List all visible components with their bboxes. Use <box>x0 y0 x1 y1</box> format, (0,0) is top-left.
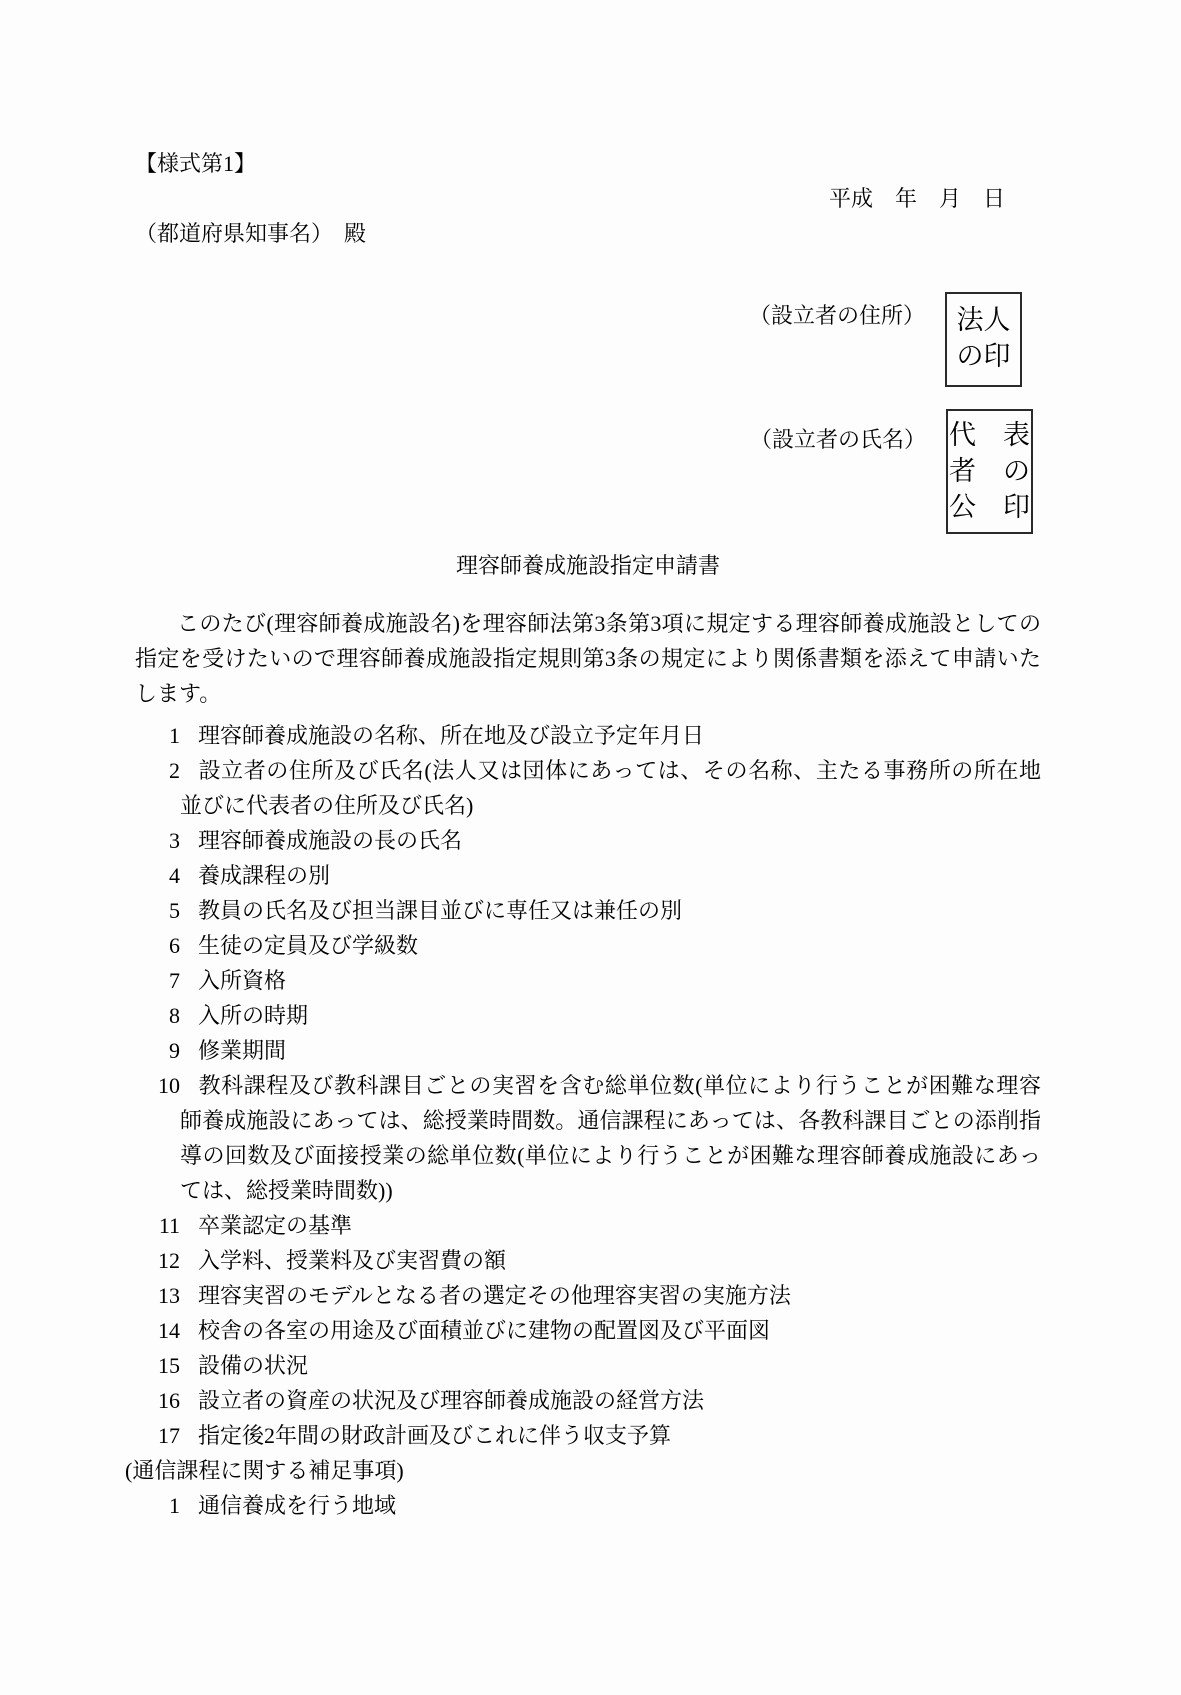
item-text: 入所資格 <box>198 968 286 993</box>
list-item-10: 10教科課程及び教科課目ごとの実習を含む総単位数(単位により行うことが困難な理容… <box>135 1068 1041 1208</box>
list-item-7: 7入所資格 <box>135 963 1041 998</box>
list-item-11: 11卒業認定の基準 <box>135 1208 1041 1243</box>
item-text: 入所の時期 <box>198 1003 308 1028</box>
representative-seal-text: 者 の <box>948 453 1031 489</box>
item-text: 校舎の各室の用途及び面積並びに建物の配置図及び平面図 <box>198 1318 770 1343</box>
addressee-line: （都道府県知事名） 殿 <box>135 216 1041 251</box>
item-number: 7 <box>135 963 180 998</box>
item-text: 卒業認定の基準 <box>198 1213 352 1238</box>
item-text: 理容師養成施設の名称、所在地及び設立予定年月日 <box>198 723 704 748</box>
item-number: 14 <box>135 1313 180 1348</box>
item-text: 入学料、授業料及び実習費の額 <box>198 1248 506 1273</box>
representative-seal-text: 公 印 <box>948 489 1031 525</box>
item-text: 設立者の資産の状況及び理容師養成施設の経営方法 <box>198 1388 704 1413</box>
item-text: 教員の氏名及び担当課目並びに専任又は兼任の別 <box>198 898 682 923</box>
required-items-list: 1理容師養成施設の名称、所在地及び設立予定年月日 2設立者の住所及び氏名(法人又… <box>135 718 1041 1453</box>
corporate-seal-text: 法人 <box>947 302 1020 338</box>
item-text: 設立者の住所及び氏名(法人又は団体にあっては、その名称、主たる事務所の所在地並び… <box>180 758 1041 818</box>
document-content: 【様式第1】 平成 年 月 日 （都道府県知事名） 殿 （設立者の住所） 法人 … <box>0 0 1181 1523</box>
item-number: 8 <box>135 998 180 1033</box>
item-number: 5 <box>135 893 180 928</box>
date-line: 平成 年 月 日 <box>135 181 1041 216</box>
item-number: 1 <box>135 718 180 753</box>
founder-name-label: （設立者の氏名） <box>750 429 926 451</box>
item-number: 15 <box>135 1348 180 1383</box>
list-item-4: 4養成課程の別 <box>135 858 1041 893</box>
founder-address-label: （設立者の住所） <box>749 305 925 327</box>
founder-name-row: （設立者の氏名） 代 表 者 の 公 印 <box>135 409 1033 534</box>
corporate-seal-box: 法人 の印 <box>945 292 1022 387</box>
list-item-12: 12入学料、授業料及び実習費の額 <box>135 1243 1041 1278</box>
item-number: 9 <box>135 1033 180 1068</box>
list-item-17: 17指定後2年間の財政計画及びこれに伴う収支予算 <box>135 1418 1041 1453</box>
item-text: 指定後2年間の財政計画及びこれに伴う収支予算 <box>198 1423 671 1448</box>
representative-seal-text: 代 表 <box>948 417 1031 453</box>
list-item-13: 13理容実習のモデルとなる者の選定その他理容実習の実施方法 <box>135 1278 1041 1313</box>
item-number: 13 <box>135 1278 180 1313</box>
item-number: 3 <box>135 823 180 858</box>
list-item-6: 6生徒の定員及び学級数 <box>135 928 1041 963</box>
item-number: 16 <box>135 1383 180 1418</box>
document-title: 理容師養成施設指定申請書 <box>135 548 1041 583</box>
list-item-16: 16設立者の資産の状況及び理容師養成施設の経営方法 <box>135 1383 1041 1418</box>
list-item-8: 8入所の時期 <box>135 998 1041 1033</box>
list-item-14: 14校舎の各室の用途及び面積並びに建物の配置図及び平面図 <box>135 1313 1041 1348</box>
founder-address-row: （設立者の住所） 法人 の印 <box>135 292 1022 387</box>
item-number: 10 <box>135 1068 180 1103</box>
item-text: 通信養成を行う地域 <box>198 1493 396 1518</box>
item-number: 6 <box>135 928 180 963</box>
item-text: 修業期間 <box>198 1038 286 1063</box>
item-text: 設備の状況 <box>198 1353 308 1378</box>
item-number: 12 <box>135 1243 180 1278</box>
item-text: 教科課程及び教科課目ごとの実習を含む総単位数(単位により行うことが困難な理容師養… <box>180 1073 1041 1203</box>
item-text: 理容師養成施設の長の氏名 <box>198 828 462 853</box>
item-text: 理容実習のモデルとなる者の選定その他理容実習の実施方法 <box>198 1283 791 1308</box>
item-number: 17 <box>135 1418 180 1453</box>
item-text: 生徒の定員及び学級数 <box>198 933 418 958</box>
supplement-list-item-1: 1通信養成を行う地域 <box>135 1488 1041 1523</box>
supplement-items-list: 1通信養成を行う地域 <box>135 1488 1041 1523</box>
item-number: 11 <box>135 1208 180 1243</box>
supplement-heading: (通信課程に関する補足事項) <box>125 1453 1041 1488</box>
list-item-5: 5教員の氏名及び担当課目並びに専任又は兼任の別 <box>135 893 1041 928</box>
item-text: 養成課程の別 <box>198 863 330 888</box>
list-item-3: 3理容師養成施設の長の氏名 <box>135 823 1041 858</box>
list-item-9: 9修業期間 <box>135 1033 1041 1068</box>
document-page: 【様式第1】 平成 年 月 日 （都道府県知事名） 殿 （設立者の住所） 法人 … <box>0 0 1181 1695</box>
application-paragraph: このたび(理容師養成施設名)を理容師法第3条第3項に規定する理容師養成施設として… <box>135 606 1041 711</box>
corporate-seal-text: の印 <box>947 338 1020 374</box>
list-item-15: 15設備の状況 <box>135 1348 1041 1383</box>
item-number: 4 <box>135 858 180 893</box>
list-item-2: 2設立者の住所及び氏名(法人又は団体にあっては、その名称、主たる事務所の所在地並… <box>135 753 1041 823</box>
item-number: 2 <box>135 753 180 788</box>
item-number: 1 <box>135 1488 180 1523</box>
list-item-1: 1理容師養成施設の名称、所在地及び設立予定年月日 <box>135 718 1041 753</box>
representative-seal-box: 代 表 者 の 公 印 <box>946 409 1033 534</box>
form-number-label: 【様式第1】 <box>135 146 1041 181</box>
